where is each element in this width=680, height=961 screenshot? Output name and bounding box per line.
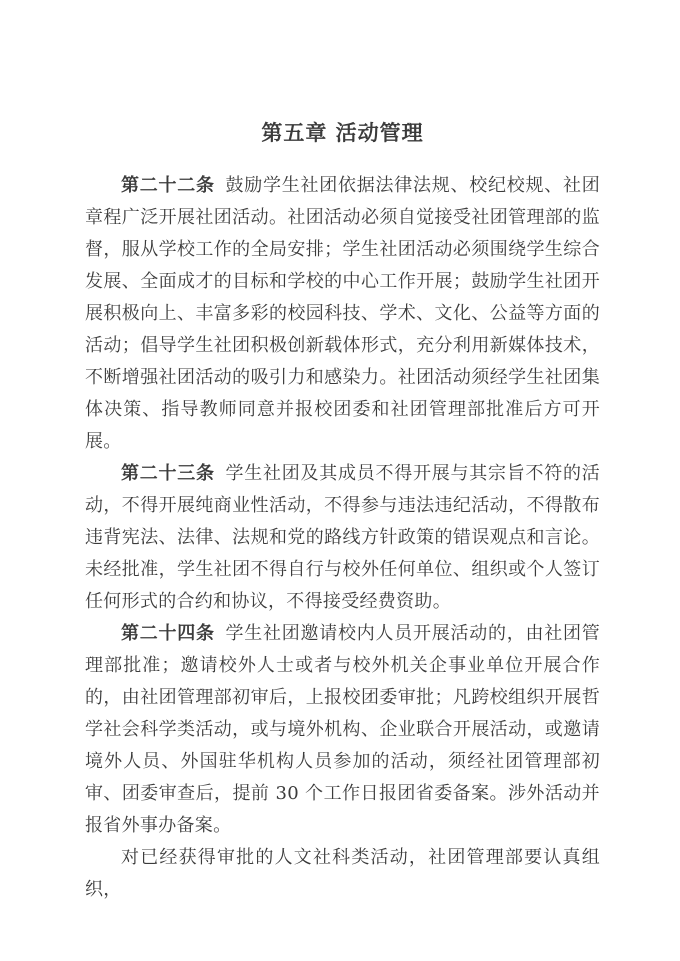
article-22-text: 鼓励学生社团依据法律法规、校纪校规、社团章程广泛开展社团活动。社团活动必须自觉接… xyxy=(85,175,600,452)
article-24-paragraph: 第二十四条学生社团邀请校内人员开展活动的，由社团管理部批准；邀请校外人士或者与校… xyxy=(85,618,600,842)
article-22-number: 第二十二条 xyxy=(121,175,215,196)
chapter-title: 第五章 活动管理 xyxy=(85,118,600,148)
closing-paragraph: 对已经获得审批的人文社科类活动，社团管理部要认真组织， xyxy=(85,842,600,906)
article-23-number: 第二十三条 xyxy=(121,463,215,484)
article-23-paragraph: 第二十三条学生社团及其成员不得开展与其宗旨不符的活动，不得开展纯商业性活动，不得… xyxy=(85,458,600,618)
article-24-text: 学生社团邀请校内人员开展活动的，由社团管理部批准；邀请校外人士或者与校外机关企事… xyxy=(85,623,600,836)
article-22-paragraph: 第二十二条鼓励学生社团依据法律法规、校纪校规、社团章程广泛开展社团活动。社团活动… xyxy=(85,170,600,458)
article-24-number: 第二十四条 xyxy=(121,623,215,644)
page-content: 第五章 活动管理 第二十二条鼓励学生社团依据法律法规、校纪校规、社团章程广泛开展… xyxy=(85,118,600,906)
article-23-text: 学生社团及其成员不得开展与其宗旨不符的活动，不得开展纯商业性活动，不得参与违法违… xyxy=(85,463,600,612)
document-page: 第五章 活动管理 第二十二条鼓励学生社团依据法律法规、校纪校规、社团章程广泛开展… xyxy=(0,0,680,961)
